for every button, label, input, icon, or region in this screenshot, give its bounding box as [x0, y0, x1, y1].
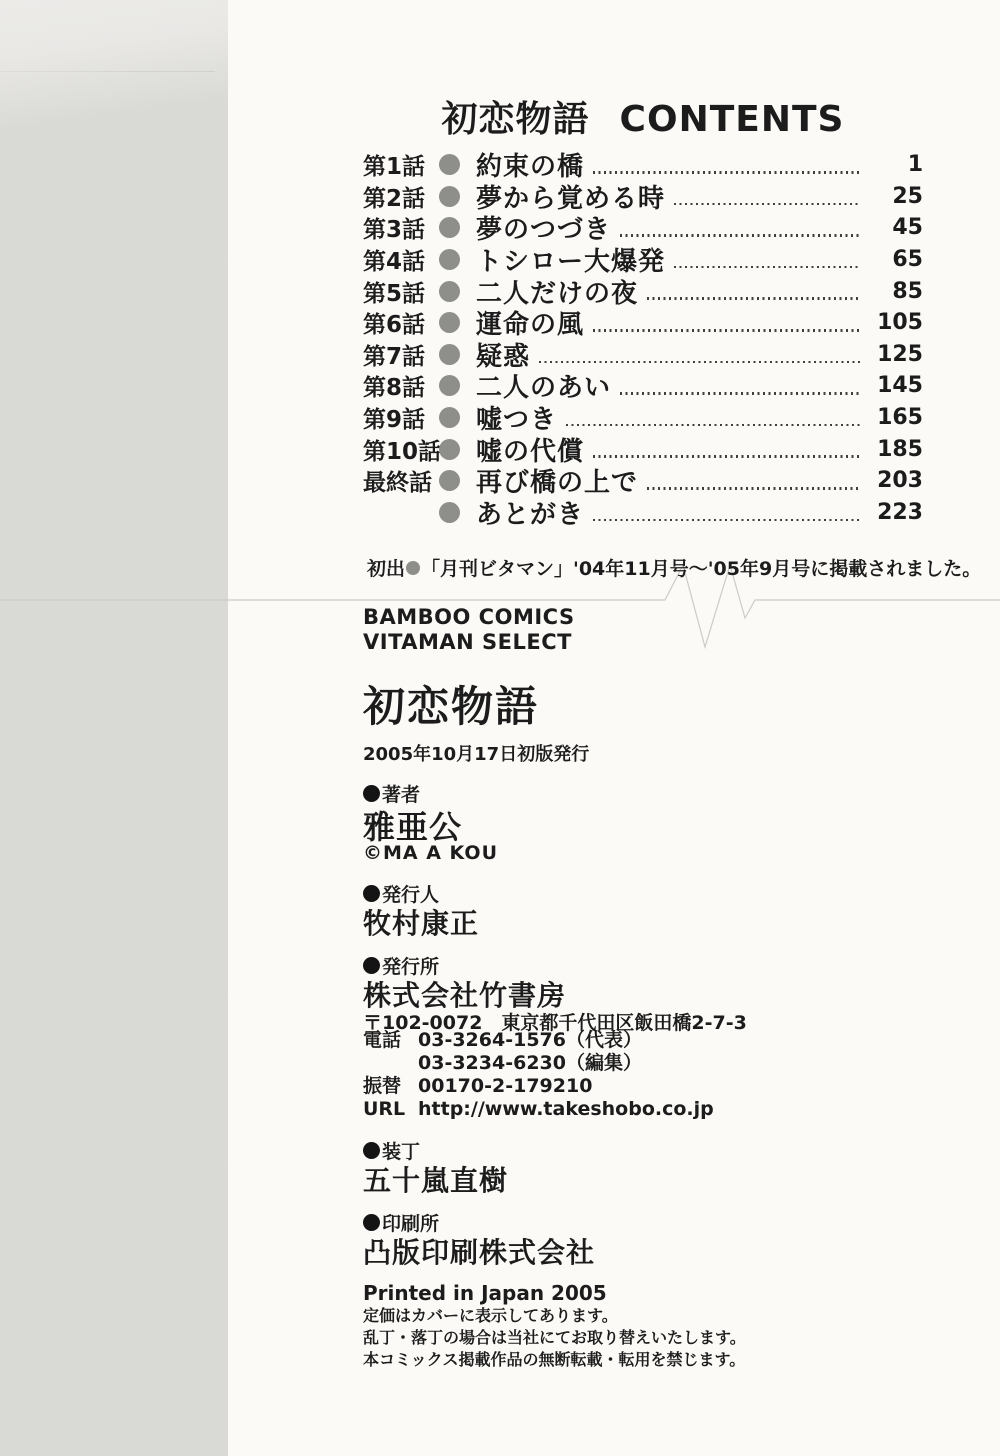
chapter-number: 第1話 [363, 148, 439, 181]
scan-crease-line [0, 71, 215, 72]
toc-entry: 最終話再び橋の上で203 [363, 465, 923, 497]
chapter-number: 最終話 [363, 464, 439, 497]
toc-entry: 第2話夢から覚める時25 [363, 181, 923, 213]
printer-name: 凸版印刷株式会社 [363, 1231, 595, 1271]
page-number: 25 [869, 184, 923, 209]
chapter-bullet-icon [439, 375, 460, 396]
chapter-bullet-icon [439, 439, 460, 460]
chapter-number: 第4話 [363, 243, 439, 276]
dotted-leader [539, 361, 860, 364]
chapter-number: 第9話 [363, 401, 439, 434]
chapter-bullet-icon [439, 281, 460, 302]
toc-entry: 第8話二人のあい145 [363, 370, 923, 402]
dotted-leader [620, 234, 860, 237]
bullet-icon [363, 885, 380, 902]
chapter-bullet-icon [439, 217, 460, 238]
contact-value: 00170-2-179210 [418, 1075, 592, 1098]
chapter-number: 第3話 [363, 211, 439, 244]
page-number: 65 [869, 247, 923, 272]
bullet-icon [406, 561, 420, 575]
chapter-number: 第8話 [363, 369, 439, 402]
toc-entry: 第9話嘘つき165 [363, 402, 923, 434]
imprint-line2: VITAMAN SELECT [363, 630, 575, 655]
contact-row: 電話03-3264-1576（代表） [363, 1029, 714, 1052]
scanned-colophon-page: 初恋物語CONTENTS 第1話約束の橋1 第2話夢から覚める時25 第3話夢の… [0, 0, 1000, 1456]
dotted-leader [674, 203, 860, 206]
dotted-leader [674, 266, 860, 269]
dotted-leader [593, 171, 860, 174]
chapter-list: 第1話約束の橋1 第2話夢から覚める時25 第3話夢のつづき45 第4話トシロー… [363, 149, 923, 528]
first-publication-text: 「月刊ビタマン」'04年11月号～'05年9月号に掲載されました。 [421, 554, 981, 581]
issuer-name: 牧村康正 [363, 902, 479, 942]
contact-value: 03-3234-6230（編集） [418, 1052, 642, 1075]
chapter-title: あとがき [476, 494, 584, 531]
author-copyright: ©MA A KOU [363, 842, 498, 864]
chapter-bullet-icon [439, 312, 460, 333]
contents-title-en: CONTENTS [620, 99, 845, 140]
legal-note: 定価はカバーに表示してあります。 [363, 1305, 746, 1327]
toc-entry: 第6話運命の風105 [363, 307, 923, 339]
page-number: 125 [869, 342, 923, 367]
chapter-bullet-icon [439, 502, 460, 523]
contact-row: 振替00170-2-179210 [363, 1075, 714, 1098]
chapter-bullet-icon [439, 186, 460, 207]
chapter-number: 第6話 [363, 306, 439, 339]
contact-label [363, 1052, 418, 1075]
imprint-line1: BAMBOO COMICS [363, 605, 575, 630]
bullet-icon [363, 957, 380, 974]
page-number: 165 [869, 405, 923, 430]
chapter-number: 第10話 [363, 433, 439, 466]
toc-entry: 第7話疑惑125 [363, 339, 923, 371]
contact-label: 電話 [363, 1029, 418, 1052]
toc-entry: あとがき223 [363, 497, 923, 529]
first-publication-note: 初出「月刊ビタマン」'04年11月号～'05年9月号に掲載されました。 [363, 554, 923, 581]
page-number: 145 [869, 373, 923, 398]
table-of-contents: 初恋物語CONTENTS 第1話約束の橋1 第2話夢から覚める時25 第3話夢の… [363, 100, 923, 581]
contents-title-jp: 初恋物語 [442, 99, 590, 140]
toc-entry: 第10話嘘の代償185 [363, 433, 923, 465]
contact-label: URL [363, 1098, 418, 1121]
legal-note: 本コミックス掲載作品の無断転載・転用を禁じます。 [363, 1349, 746, 1371]
chapter-number: 第7話 [363, 338, 439, 371]
chapter-bullet-icon [439, 470, 460, 491]
url-text: http://www.takeshobo.co.jp [418, 1098, 714, 1121]
toc-entry: 第4話トシロー大爆発65 [363, 244, 923, 276]
book-title: 初恋物語 [363, 674, 539, 734]
toc-entry: 第5話二人だけの夜85 [363, 275, 923, 307]
contact-row: 03-3234-6230（編集） [363, 1052, 714, 1075]
bullet-icon [363, 1214, 380, 1231]
legal-note: 乱丁・落丁の場合は当社にてお取り替えいたします。 [363, 1327, 746, 1349]
printed-in-japan: Printed in Japan 2005 [363, 1281, 607, 1305]
dotted-leader [647, 297, 860, 300]
edition-date: 2005年10月17日初版発行 [363, 740, 589, 766]
page-number: 85 [869, 279, 923, 304]
contact-row: URLhttp://www.takeshobo.co.jp [363, 1098, 714, 1121]
chapter-bullet-icon [439, 344, 460, 365]
page-number: 203 [869, 468, 923, 493]
publisher-contacts: 電話03-3264-1576（代表） 03-3234-6230（編集） 振替00… [363, 1029, 714, 1121]
dotted-leader [620, 392, 860, 395]
page-gutter-shadow [0, 0, 228, 1456]
designer-name: 五十嵐直樹 [363, 1159, 508, 1199]
legal-notes: 定価はカバーに表示してあります。 乱丁・落丁の場合は当社にてお取り替えいたします… [363, 1305, 746, 1371]
chapter-bullet-icon [439, 407, 460, 428]
page-number: 1 [869, 152, 923, 177]
page-number: 105 [869, 310, 923, 335]
bullet-icon [363, 1142, 380, 1159]
page-number: 185 [869, 437, 923, 462]
chapter-bullet-icon [439, 249, 460, 270]
dotted-leader [647, 487, 860, 490]
dotted-leader [593, 329, 860, 332]
dotted-leader [593, 519, 860, 522]
chapter-number: 第2話 [363, 180, 439, 213]
contact-value: 03-3264-1576（代表） [418, 1029, 642, 1052]
paper-grain-texture [0, 0, 228, 1456]
contact-label: 振替 [363, 1075, 418, 1098]
chapter-number: 第5話 [363, 275, 439, 308]
chapter-bullet-icon [439, 154, 460, 175]
dotted-leader [566, 424, 860, 427]
contents-title: 初恋物語CONTENTS [363, 100, 923, 140]
page-number: 223 [869, 500, 923, 525]
toc-entry: 第3話夢のつづき45 [363, 212, 923, 244]
bullet-icon [363, 785, 380, 802]
imprint-lines: BAMBOO COMICS VITAMAN SELECT [363, 605, 575, 655]
first-publication-label: 初出 [367, 554, 405, 581]
toc-entry: 第1話約束の橋1 [363, 149, 923, 181]
page-number: 45 [869, 215, 923, 240]
dotted-leader [593, 455, 860, 458]
